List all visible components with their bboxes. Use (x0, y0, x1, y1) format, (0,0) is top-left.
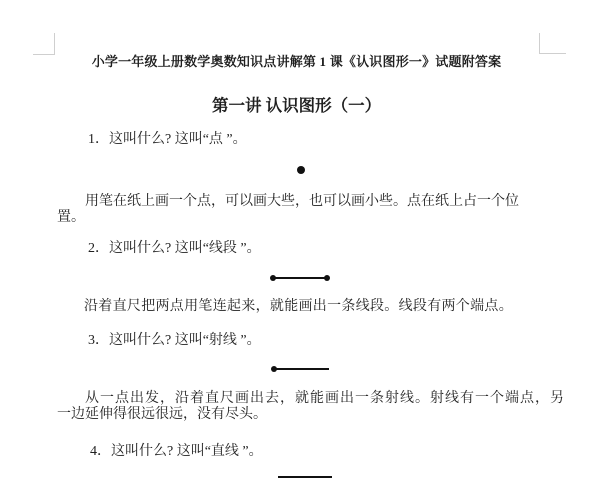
explanation-1-line-1: 用笔在纸上画一个点，可以画大些，也可以画小些。点在纸上占一个位 (85, 194, 519, 210)
margin-crop-mark-top-left-icon (33, 33, 55, 55)
point-dot (297, 166, 305, 174)
explanation-3-line-1: 从一点出发，沿着直尺画出去，就能画出一条射线。射线有一个端点，另 (85, 391, 565, 407)
straight-line-figure (278, 476, 332, 479)
document-page: 小学一年级上册数学奥数知识点讲解第 1 课《认识图形一》试题附答案 第一讲 认识… (0, 0, 593, 482)
ray-line (274, 368, 329, 370)
segment-line (273, 277, 327, 279)
segment-right-endpoint-dot (324, 275, 330, 281)
margin-crop-mark-top-right-icon (539, 33, 566, 54)
explanation-3-line-2: 一边延伸得很远很远，没有尽头。 (57, 407, 267, 423)
segment-figure (270, 275, 330, 281)
explanation-1-line-2: 置。 (57, 210, 85, 226)
lesson-heading: 第一讲 认识图形（一） (0, 96, 593, 116)
straight-line (278, 476, 332, 478)
question-1: 1．这叫什么? 这叫“点 ”。 (88, 132, 247, 148)
document-title: 小学一年级上册数学奥数知识点讲解第 1 课《认识图形一》试题附答案 (0, 53, 593, 70)
question-4: 4．这叫什么? 这叫“直线 ”。 (90, 444, 263, 460)
question-3: 3．这叫什么? 这叫“射线 ”。 (88, 333, 261, 349)
question-2: 2．这叫什么? 这叫“线段 ”。 (88, 241, 261, 257)
point-figure (297, 166, 305, 174)
ray-figure (271, 366, 329, 372)
explanation-2-line-1: 沿着直尺把两点用笔连起来，就能画出一条线段。线段有两个端点。 (84, 299, 513, 315)
